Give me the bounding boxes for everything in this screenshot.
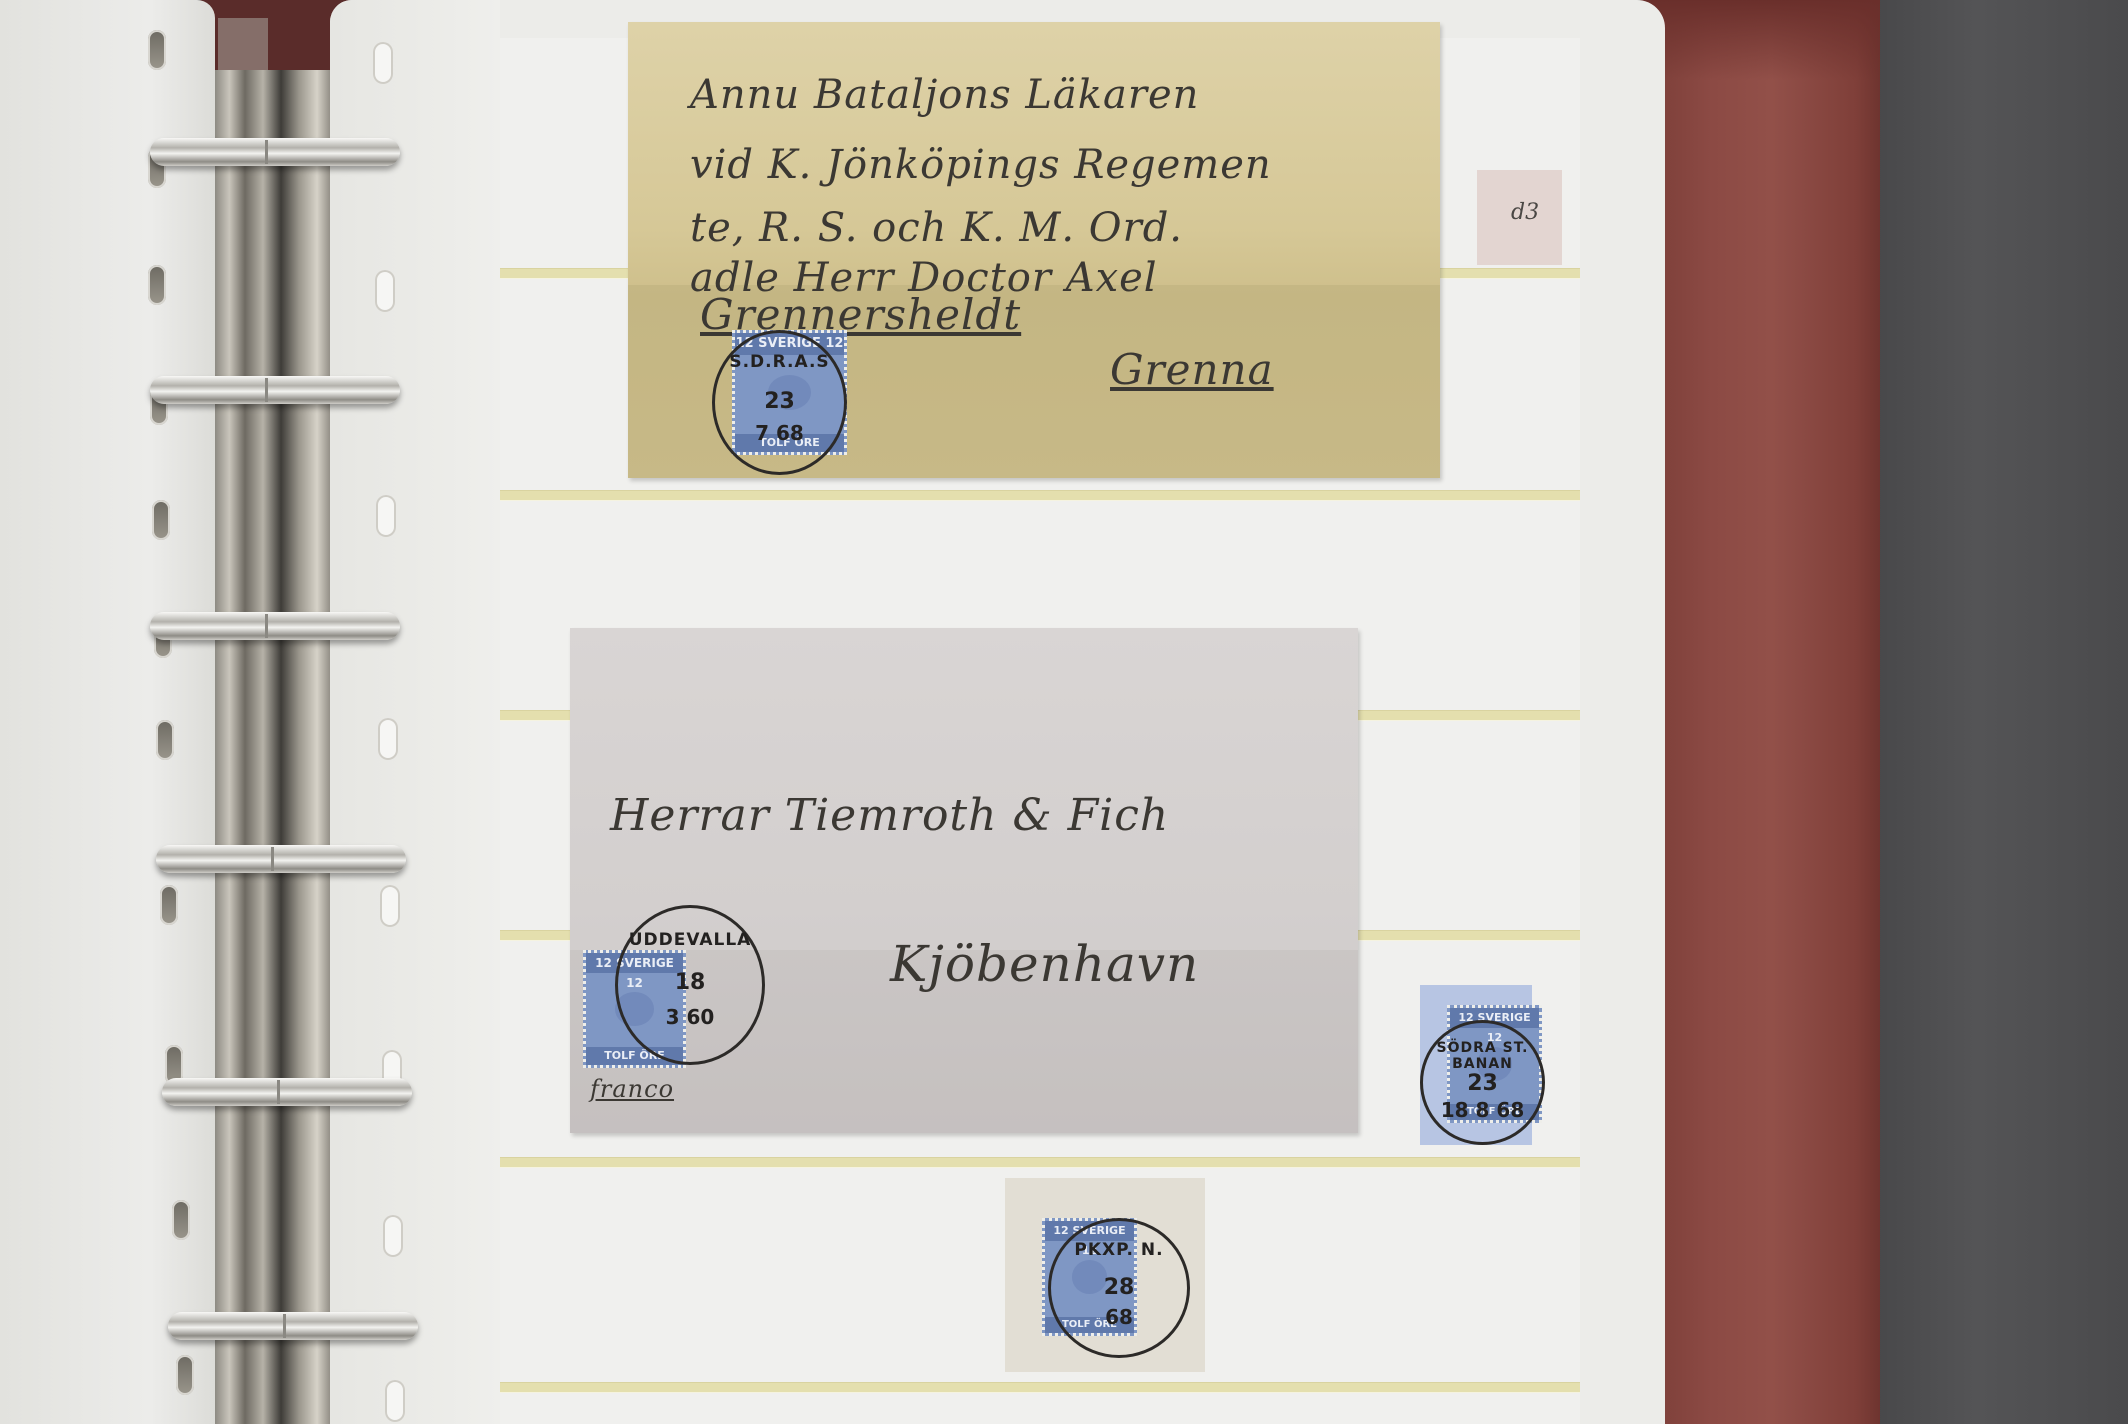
address-line: Herrar Tiemroth & Fich <box>610 790 1169 841</box>
leather-shadow <box>1640 0 1880 80</box>
postmark-town: PKXP. N. <box>1051 1240 1187 1260</box>
address-line: vid K. Jönköpings Regemen <box>690 142 1272 188</box>
punch-hole <box>373 42 393 84</box>
binder-ring <box>156 845 406 873</box>
punch-hole <box>148 30 166 70</box>
punch-hole <box>383 1215 403 1257</box>
punch-hole <box>376 495 396 537</box>
postmark-town: UDDEVALLA <box>618 930 762 950</box>
punch-hole <box>148 265 166 305</box>
postmark-date: 18 8 68 <box>1423 1098 1542 1122</box>
postmark: UDDEVALLA 18 3 60 <box>615 905 765 1065</box>
punch-hole <box>176 1355 194 1395</box>
postmark-date: 7 68 <box>715 421 844 445</box>
postmark-day: 23 <box>1423 1071 1542 1096</box>
punch-hole <box>152 500 170 540</box>
postmark: SÖDRA ST. BANAN 23 18 8 68 <box>1420 1020 1545 1145</box>
punch-hole <box>160 885 178 925</box>
postmark-day: 23 <box>715 389 844 414</box>
page-margin <box>330 0 500 1424</box>
binder-ring <box>150 138 400 166</box>
postmark-town: SÖDRA ST. BANAN <box>1423 1040 1542 1072</box>
address-line: Annu Bataljons Läkaren <box>690 72 1199 118</box>
strip-line <box>500 1382 1580 1393</box>
franco-annotation: franco <box>590 1075 674 1103</box>
punch-hole <box>375 270 395 312</box>
postmark-date: 3 60 <box>618 1005 762 1029</box>
address-line: Kjöbenhavn <box>890 935 1199 993</box>
pencil-note: d3 <box>1477 170 1562 265</box>
punch-hole <box>172 1200 190 1240</box>
strip-line <box>500 1157 1580 1168</box>
postmark-town: S.D.R.A.S <box>715 352 844 372</box>
address-line: te, R. S. och K. M. Ord. <box>690 205 1183 251</box>
punch-hole <box>380 885 400 927</box>
binder-ring <box>150 612 400 640</box>
note-text: d3 <box>1511 200 1539 225</box>
strip-line <box>500 490 1580 501</box>
binder-ring <box>162 1078 412 1106</box>
postmark: S.D.R.A.S 23 7 68 <box>712 330 847 475</box>
binder-ring <box>168 1312 418 1340</box>
postmark-day: 28 <box>1051 1275 1187 1300</box>
ring-mechanism-rail <box>215 70 335 1424</box>
leather-binder-cover <box>1640 0 1880 1424</box>
punch-hole <box>378 718 398 760</box>
address-line: Grenna <box>1110 345 1274 394</box>
postmark-date: 68 <box>1051 1305 1187 1329</box>
postmark: PKXP. N. 28 68 <box>1048 1218 1190 1358</box>
postmark-day: 18 <box>618 970 762 995</box>
punch-hole <box>156 720 174 760</box>
punch-hole <box>385 1380 405 1422</box>
binder-ring <box>150 376 400 404</box>
dark-background <box>1875 0 2128 1424</box>
